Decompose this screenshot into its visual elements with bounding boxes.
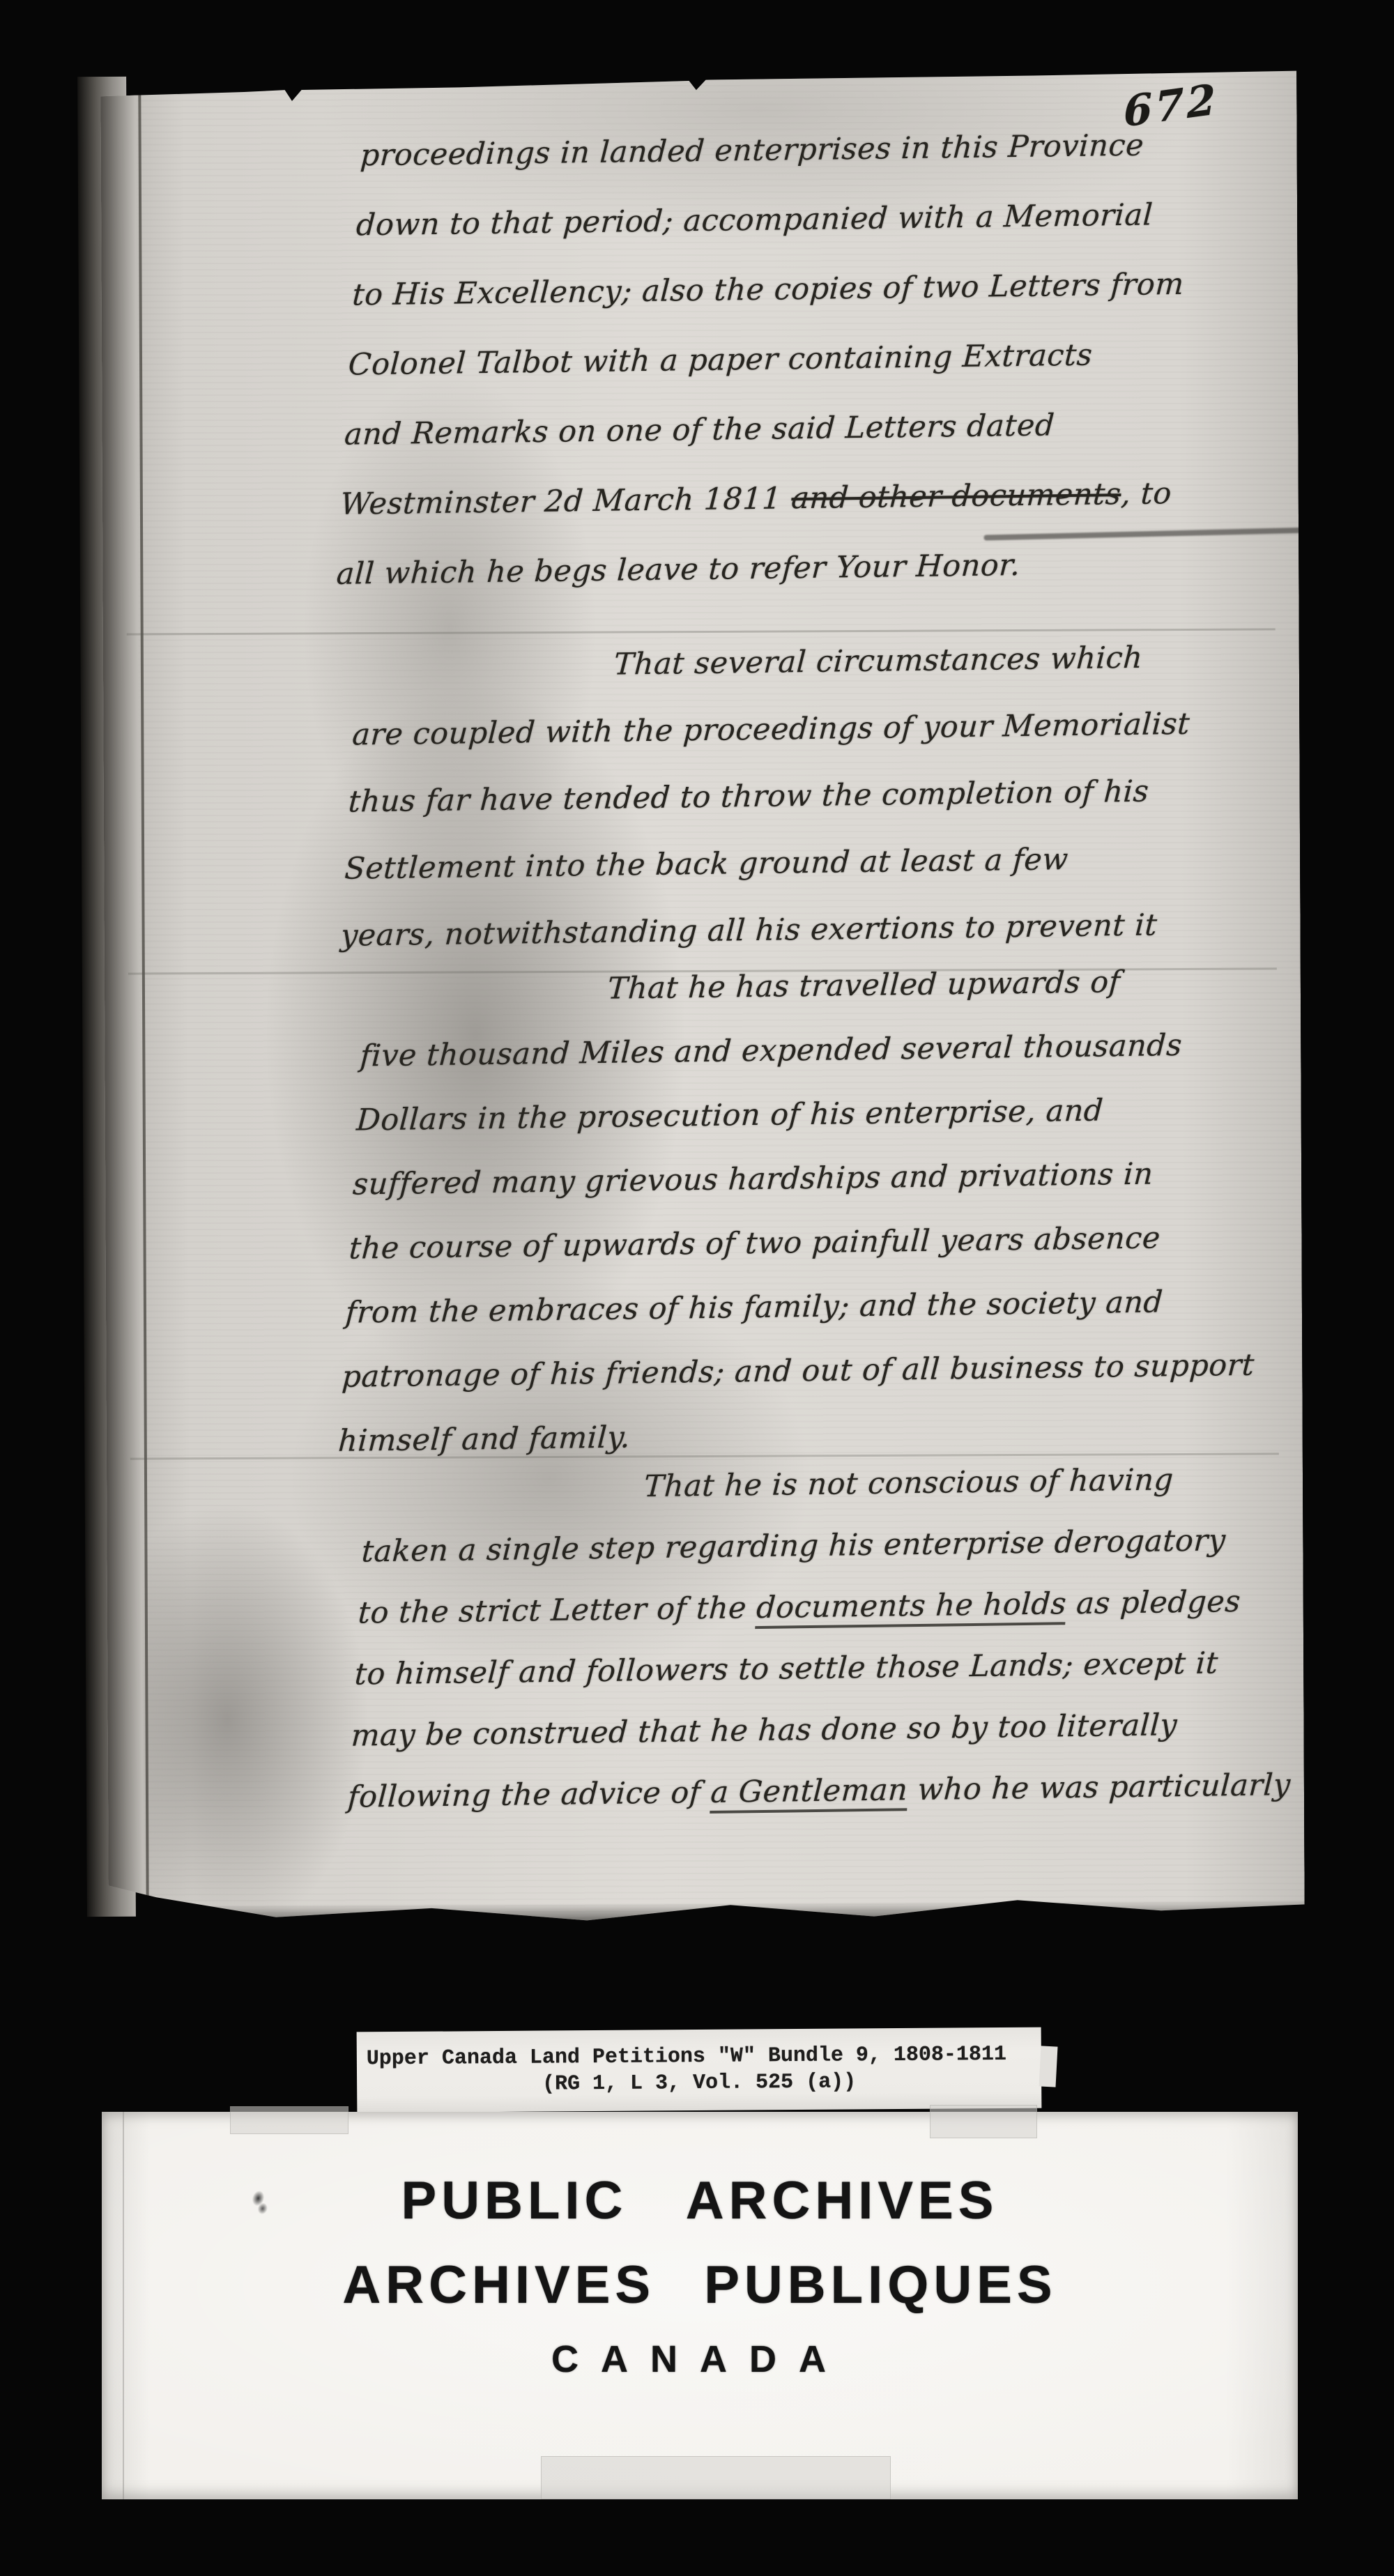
tape-patch xyxy=(230,2106,348,2134)
manuscript-line: thus far have tended to throw the comple… xyxy=(346,772,1325,851)
manuscript-line: are coupled with the proceedings of your… xyxy=(349,705,1328,784)
tape-patch xyxy=(541,2456,891,2499)
archives-stamp-text: PUBLIC ARCHIVES ARCHIVES PUBLIQUES CANAD… xyxy=(102,2112,1298,2381)
line-segment: who he was particularly xyxy=(907,1768,1292,1807)
underlined-text: documents he holds xyxy=(756,1586,1068,1629)
label-torn-edge xyxy=(1039,2046,1057,2087)
stamp-line-english: PUBLIC ARCHIVES xyxy=(102,2170,1298,2231)
manuscript-line: Settlement into the back ground at least… xyxy=(342,838,1321,918)
struck-through-text: and other documents xyxy=(790,477,1122,516)
manuscript-line: all which he begs leave to refer Your Ho… xyxy=(334,544,1314,626)
archive-reference-label: Upper Canada Land Petitions "W" Bundle 9… xyxy=(357,2027,1042,2113)
manuscript-line: down to that period; accompanied with a … xyxy=(353,195,1333,277)
manuscript-line: following the advice of a Gentleman who … xyxy=(345,1767,1324,1841)
line-segment: following the advice of xyxy=(347,1775,712,1815)
manuscript-line: Colonel Talbot with a paper containing E… xyxy=(346,335,1326,417)
line-segment: as pledges xyxy=(1066,1584,1242,1621)
archive-label-line1: Upper Canada Land Petitions "W" Bundle 9… xyxy=(357,2043,1041,2071)
manuscript-line: That several circumstances which xyxy=(353,638,1333,717)
manuscript-line: and Remarks on one of the said Letters d… xyxy=(342,404,1322,486)
scan-stage: 672 proceedings in landed enterprises in… xyxy=(0,0,1394,2576)
line-segment: to the strict Letter of the xyxy=(358,1590,758,1631)
line-segment: , to xyxy=(1120,476,1172,512)
manuscript-line: proceedings in landed enterprises in thi… xyxy=(358,125,1338,208)
manuscript-paragraph-1: proceedings in landed enterprises in thi… xyxy=(334,125,1338,627)
manuscript-page: 672 proceedings in landed enterprises in… xyxy=(100,70,1305,1923)
tape-patch xyxy=(930,2105,1037,2138)
manuscript-paragraph-4: That he is not conscious of having taken… xyxy=(345,1460,1342,1841)
archive-label-line2: (RG 1, L 3, Vol. 525 (a)) xyxy=(357,2069,1041,2098)
handwriting-layer: 672 proceedings in landed enterprises in… xyxy=(93,65,1313,1929)
archives-stamp-card: PUBLIC ARCHIVES ARCHIVES PUBLIQUES CANAD… xyxy=(102,2112,1298,2499)
manuscript-paragraph-2: That several circumstances which are cou… xyxy=(338,638,1333,986)
stamp-line-canada: CANADA xyxy=(102,2338,1298,2381)
manuscript-paragraph-3: That he has travelled upwards of five th… xyxy=(335,962,1340,1488)
stamp-line-french: ARCHIVES PUBLIQUES xyxy=(102,2255,1298,2315)
line-segment: Westminster 2d March 1811 xyxy=(339,481,792,522)
manuscript-line: to His Excellency; also the copies of tw… xyxy=(349,265,1329,347)
underlined-text: a Gentleman xyxy=(710,1772,909,1814)
manuscript-line: Westminster 2d March 1811 and other docu… xyxy=(337,474,1317,556)
